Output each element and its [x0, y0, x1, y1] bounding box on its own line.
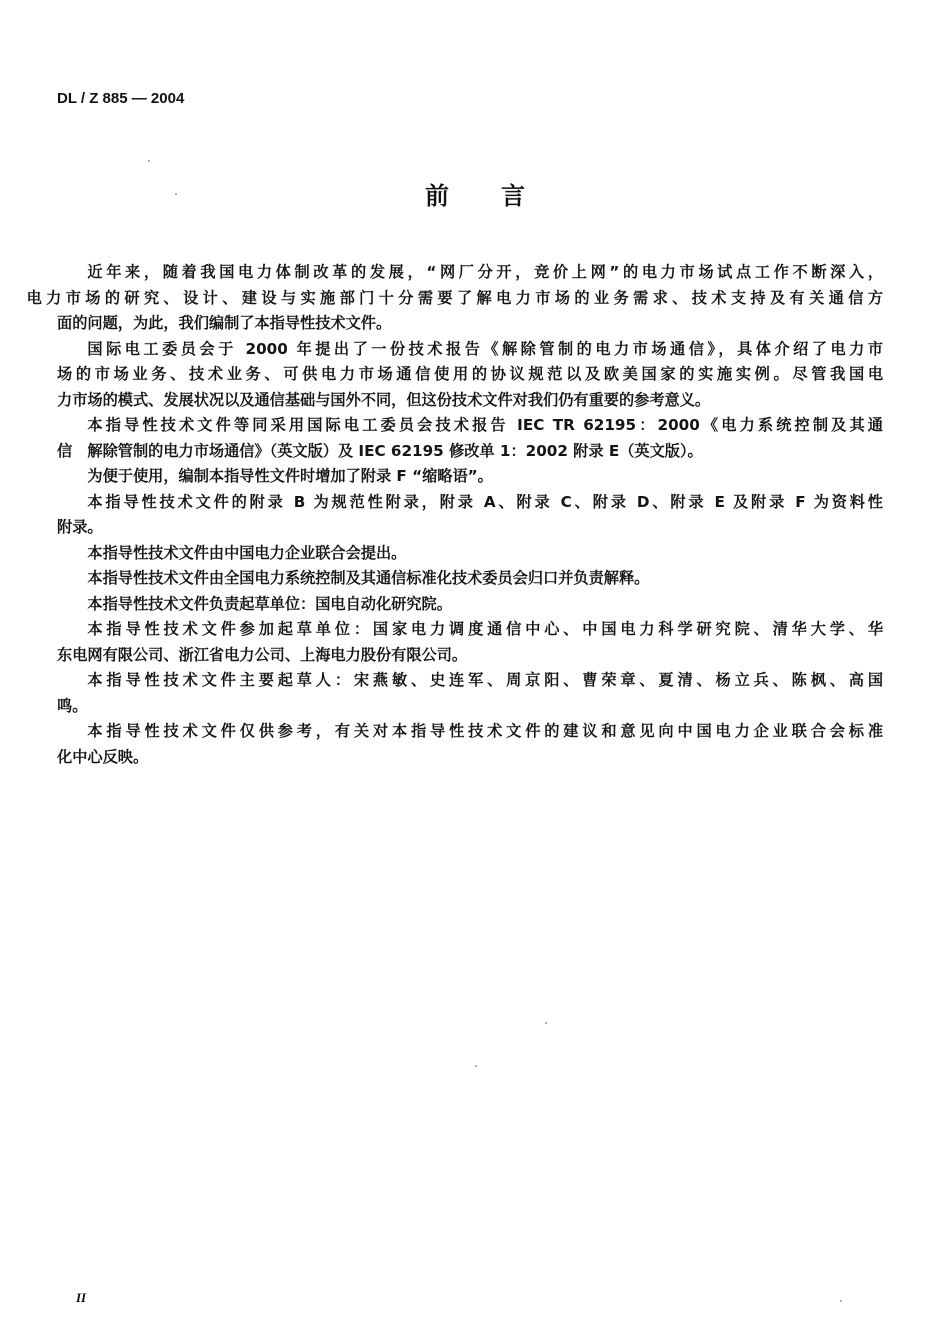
page-number: II: [76, 1290, 86, 1306]
paragraph-line: 面的问题，为此，我们编制了本指导性技术文件。: [27, 311, 883, 337]
paragraph-line: 本指导性技术文件参加起草单位：国家电力调度通信中心、中国电力科学研究院、清华大学…: [57, 617, 883, 643]
scan-speck: [545, 1022, 547, 1024]
foreword-body: 近年来，随着我国电力体制改革的发展，“网厂分开，竞价上网”的电力市场试点工作不断…: [57, 260, 883, 770]
scan-speck: [840, 1300, 842, 1302]
paragraph-10: 本指导性技术文件主要起草人：宋燕敏、史连军、周京阳、曹荣章、夏清、杨立兵、陈枫、…: [57, 668, 883, 719]
title-char-2: 言: [501, 176, 525, 211]
paragraph-line: 力市场的模式、发展状况以及通信基础与国外不同，但这份技术文件对我们仍有重要的参考…: [27, 388, 883, 414]
paragraph-line: 本指导性技术文件负责起草单位：国电自动化研究院。: [57, 592, 883, 618]
title-char-1: 前: [425, 176, 449, 211]
paragraph-line: 为便于使用，编制本指导性文件时增加了附录 F “缩略语”。: [57, 464, 883, 490]
paragraph-line: 本指导性技术文件的附录 B 为规范性附录，附录 A、附录 C、附录 D、附录 E…: [57, 490, 883, 516]
paragraph-line: 化中心反映。: [27, 745, 883, 771]
paragraph-line: 东电网有限公司、浙江省电力公司、上海电力股份有限公司。: [27, 643, 883, 669]
scan-speck: [148, 160, 150, 162]
paragraph-line: 附录。: [27, 515, 883, 541]
paragraph-9: 本指导性技术文件参加起草单位：国家电力调度通信中心、中国电力科学研究院、清华大学…: [57, 617, 883, 668]
paragraph-line: 鸣。: [27, 694, 883, 720]
paragraph-line: 场的市场业务、技术业务、可供电力市场通信使用的协议规范以及欧美国家的实施实例。尽…: [27, 362, 883, 388]
paragraph-line: 本指导性技术文件等同采用国际电工委员会技术报告 IEC TR 62195：200…: [57, 413, 883, 439]
paragraph-line: 本指导性技术文件由全国电力系统控制及其通信标准化技术委员会归口并负责解释。: [57, 566, 883, 592]
paragraph-11: 本指导性技术文件仅供参考，有关对本指导性技术文件的建议和意见向中国电力企业联合会…: [57, 719, 883, 770]
paragraph-7: 本指导性技术文件由全国电力系统控制及其通信标准化技术委员会归口并负责解释。: [57, 566, 883, 592]
paragraph-line: 本指导性技术文件主要起草人：宋燕敏、史连军、周京阳、曹荣章、夏清、杨立兵、陈枫、…: [57, 668, 883, 694]
paragraph-line: 信 解除管制的电力市场通信》（英文版）及 IEC 62195 修改单 1：200…: [27, 439, 883, 465]
standard-code: DL / Z 885 — 2004: [57, 90, 184, 107]
paragraph-line: 本指导性技术文件由中国电力企业联合会提出。: [57, 541, 883, 567]
paragraph-8: 本指导性技术文件负责起草单位：国电自动化研究院。: [57, 592, 883, 618]
paragraph-6: 本指导性技术文件由中国电力企业联合会提出。: [57, 541, 883, 567]
paragraph-line: 电力市场的研究、设计、建设与实施部门十分需要了解电力市场的业务需求、技术支持及有…: [27, 286, 883, 312]
paragraph-2: 国际电工委员会于 2000 年提出了一份技术报告《解除管制的电力市场通信》，具体…: [57, 337, 883, 414]
paragraph-3: 本指导性技术文件等同采用国际电工委员会技术报告 IEC TR 62195：200…: [57, 413, 883, 464]
paragraph-4: 为便于使用，编制本指导性文件时增加了附录 F “缩略语”。: [57, 464, 883, 490]
paragraph-line: 近年来，随着我国电力体制改革的发展，“网厂分开，竞价上网”的电力市场试点工作不断…: [57, 260, 883, 286]
scan-speck: [475, 1065, 477, 1067]
paragraph-5: 本指导性技术文件的附录 B 为规范性附录，附录 A、附录 C、附录 D、附录 E…: [57, 490, 883, 541]
page-title: 前言: [0, 176, 950, 211]
paragraph-1: 近年来，随着我国电力体制改革的发展，“网厂分开，竞价上网”的电力市场试点工作不断…: [57, 260, 883, 337]
scan-speck: [175, 193, 177, 195]
paragraph-line: 本指导性技术文件仅供参考，有关对本指导性技术文件的建议和意见向中国电力企业联合会…: [57, 719, 883, 745]
paragraph-line: 国际电工委员会于 2000 年提出了一份技术报告《解除管制的电力市场通信》，具体…: [57, 337, 883, 363]
